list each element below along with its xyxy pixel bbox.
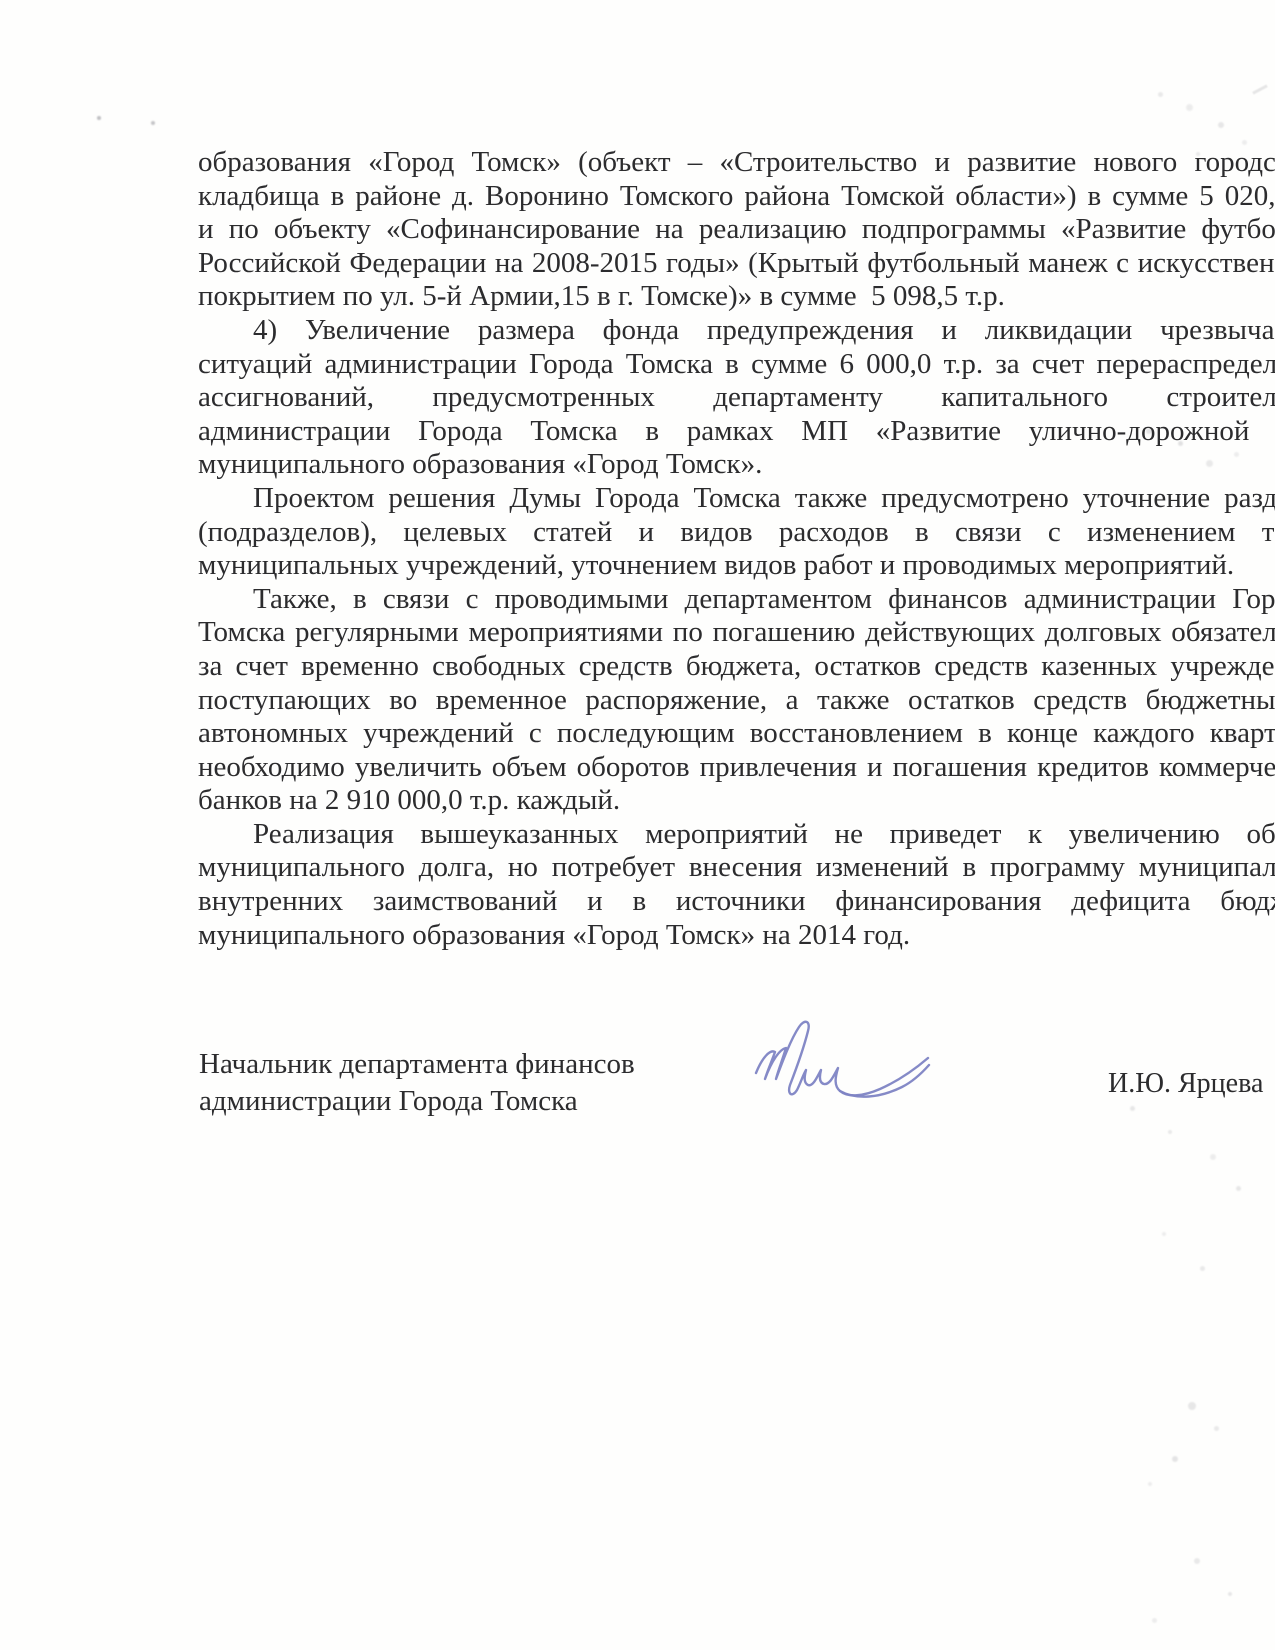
- text-line: за счет временно свободных средств бюдже…: [198, 650, 1275, 684]
- text-line: (подразделов), целевых статей и видов ра…: [198, 516, 1275, 550]
- text-line: образования «Город Томск» (объект – «Стр…: [198, 146, 1275, 180]
- signer-position-line-2: администрации Города Томска: [199, 1083, 635, 1120]
- scan-noise-speck: [1188, 1402, 1196, 1410]
- scan-noise-speck: [1158, 92, 1163, 97]
- text-line: муниципального образования «Город Томск»…: [198, 919, 1275, 953]
- scan-noise-speck: [1206, 460, 1213, 467]
- text-line: администрации Города Томска в рамках МП …: [198, 415, 1275, 449]
- signer-name: И.Ю. Ярцева: [1108, 1068, 1263, 1100]
- text-line: муниципальных учреждений, уточнением вид…: [198, 549, 1275, 583]
- text-line: покрытием по ул. 5-й Армии,15 в г. Томск…: [198, 280, 1275, 314]
- text-line: ассигнований, предусмотренных департамен…: [198, 381, 1275, 415]
- scan-noise-speck: [1214, 1426, 1219, 1431]
- text-line: Проектом решения Думы Города Томска такж…: [198, 482, 1275, 516]
- scan-noise-speck: [1242, 140, 1247, 145]
- scan-noise-speck: [1130, 1106, 1135, 1111]
- text-line: необходимо увеличить объем оборотов прив…: [198, 751, 1275, 785]
- text-line: и по объекту «Софинансирование на реализ…: [198, 213, 1275, 247]
- text-line: Реализация вышеуказанных мероприятий не …: [198, 818, 1275, 852]
- text-line: ситуаций администрации Города Томска в с…: [198, 348, 1275, 382]
- scan-noise-speck: [1178, 441, 1183, 446]
- scan-noise-speck: [1236, 1186, 1241, 1191]
- text-line: внутренних заимствований и в источники ф…: [198, 885, 1275, 919]
- scan-noise-speck: [1186, 104, 1193, 111]
- scan-noise-speck: [1162, 1232, 1166, 1236]
- text-line: Также, в связи с проводимыми департамент…: [198, 583, 1275, 617]
- text-line: поступающих во временное распоряжение, а…: [198, 684, 1275, 718]
- text-line: муниципального долга, но потребует внесе…: [198, 851, 1275, 885]
- scan-noise-speck: [1218, 122, 1224, 128]
- text-line: автономных учреждений с последующим восс…: [198, 717, 1275, 751]
- text-line: кладбища в районе д. Воронино Томского р…: [198, 180, 1275, 214]
- scan-noise-speck: [97, 116, 101, 120]
- scan-noise-mark: [1252, 84, 1268, 94]
- text-line: 4) Увеличение размера фонда предупрежден…: [198, 314, 1275, 348]
- scan-noise-speck: [1168, 1130, 1172, 1134]
- scan-noise-speck: [151, 121, 155, 125]
- text-line: Российской Федерации на 2008-2015 годы» …: [198, 247, 1275, 281]
- scan-noise-speck: [1196, 152, 1200, 156]
- scan-noise-speck: [1152, 1618, 1157, 1623]
- document-body: образования «Город Томск» (объект – «Стр…: [198, 146, 1275, 952]
- text-line: муниципального образования «Город Томск»…: [198, 448, 1275, 482]
- scan-noise-speck: [1194, 1558, 1200, 1564]
- scan-noise-speck: [1172, 1456, 1178, 1462]
- handwritten-signature: [742, 1010, 942, 1105]
- scan-noise-speck: [1210, 1154, 1216, 1160]
- scan-noise-speck: [1200, 1266, 1205, 1271]
- text-line: банков на 2 910 000,0 т.р. каждый.: [198, 784, 1275, 818]
- text-line: Томска регулярными мероприятиями по пога…: [198, 616, 1275, 650]
- scan-noise-speck: [1234, 452, 1239, 457]
- signer-position-line-1: Начальник департамента финансов: [199, 1046, 635, 1083]
- scan-noise-speck: [1228, 1592, 1232, 1596]
- signer-position-title: Начальник департамента финансов админист…: [199, 1046, 635, 1120]
- scanned-document-page: образования «Город Томск» (объект – «Стр…: [0, 0, 1275, 1650]
- scan-noise-speck: [1146, 428, 1152, 434]
- scan-noise-speck: [1148, 1482, 1152, 1486]
